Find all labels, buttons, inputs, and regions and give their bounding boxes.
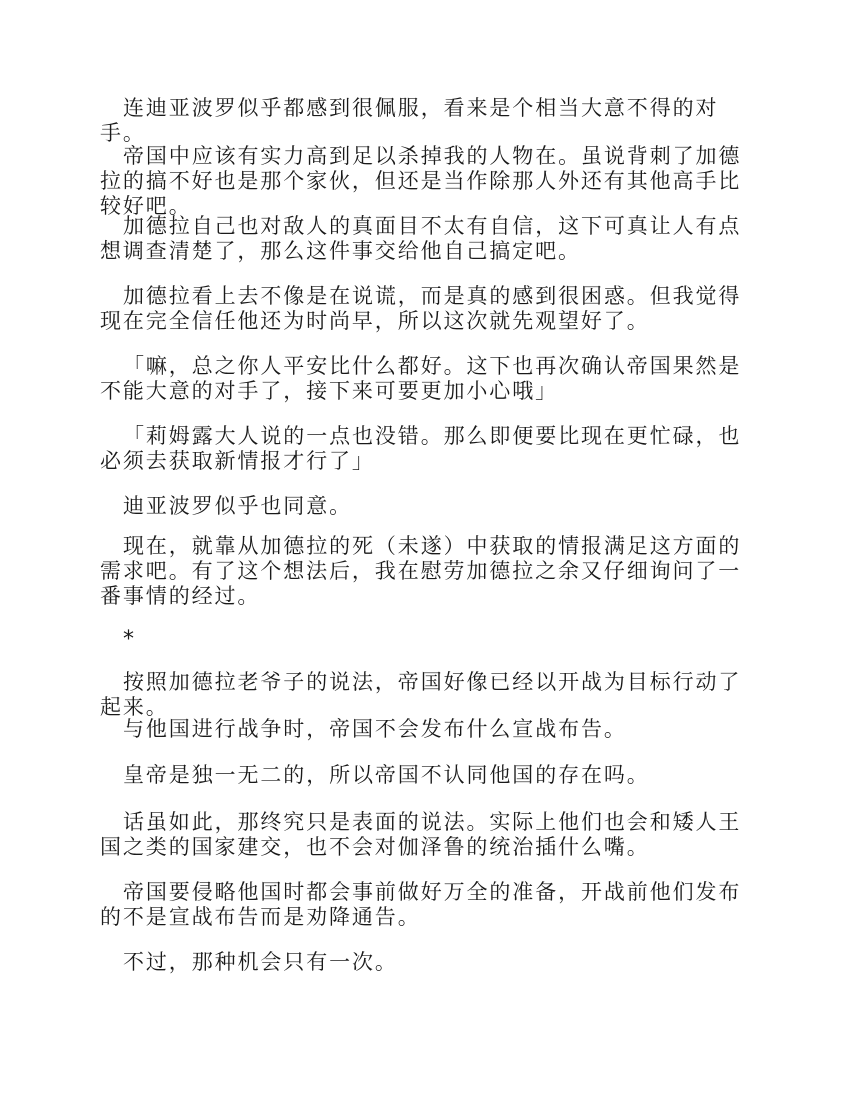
paragraph: 与他国进行战争时，帝国不会发布什么宣战布告。	[100, 717, 745, 742]
dialogue-paragraph: 「嘛，总之你人平安比什么都好。这下也再次确认帝国果然是不能大意的对手了，接下来可…	[100, 354, 745, 404]
paragraph: 帝国中应该有实力高到足以杀掉我的人物在。虽说背刺了加德拉的搞不好也是那个家伙，但…	[100, 144, 745, 219]
paragraph: 话虽如此，那终究只是表面的说法。实际上他们也会和矮人王国之类的国家建交，也不会对…	[100, 810, 745, 860]
paragraph: 按照加德拉老爷子的说法，帝国好像已经以开战为目标行动了起来。	[100, 670, 745, 720]
paragraph: 加德拉自己也对敌人的真面目不太有自信，这下可真让人有点想调查清楚了，那么这件事交…	[100, 214, 745, 264]
paragraph: 迪亚波罗似乎也同意。	[100, 494, 745, 519]
dialogue-paragraph: 「莉姆露大人说的一点也没错。那么即便要比现在更忙碌，也必须去获取新情报才行了」	[100, 424, 745, 474]
paragraph: 皇帝是独一无二的，所以帝国不认同他国的存在吗。	[100, 763, 745, 788]
section-break-asterisk: *	[100, 627, 745, 652]
paragraph: 帝国要侵略他国时都会事前做好万全的准备，开战前他们发布的不是宣战布告而是劝降通告…	[100, 880, 745, 930]
paragraph: 加德拉看上去不像是在说谎，而是真的感到很困惑。但我觉得现在完全信任他还为时尚早，…	[100, 284, 745, 334]
paragraph: 现在，就靠从加德拉的死（未遂）中获取的情报满足这方面的需求吧。有了这个想法后，我…	[100, 534, 745, 609]
document-page: 连迪亚波罗似乎都感到很佩服，看来是个相当大意不得的对手。 帝国中应该有实力高到足…	[0, 0, 850, 1100]
paragraph: 连迪亚波罗似乎都感到很佩服，看来是个相当大意不得的对手。	[100, 96, 745, 146]
paragraph: 不过，那种机会只有一次。	[100, 950, 745, 975]
